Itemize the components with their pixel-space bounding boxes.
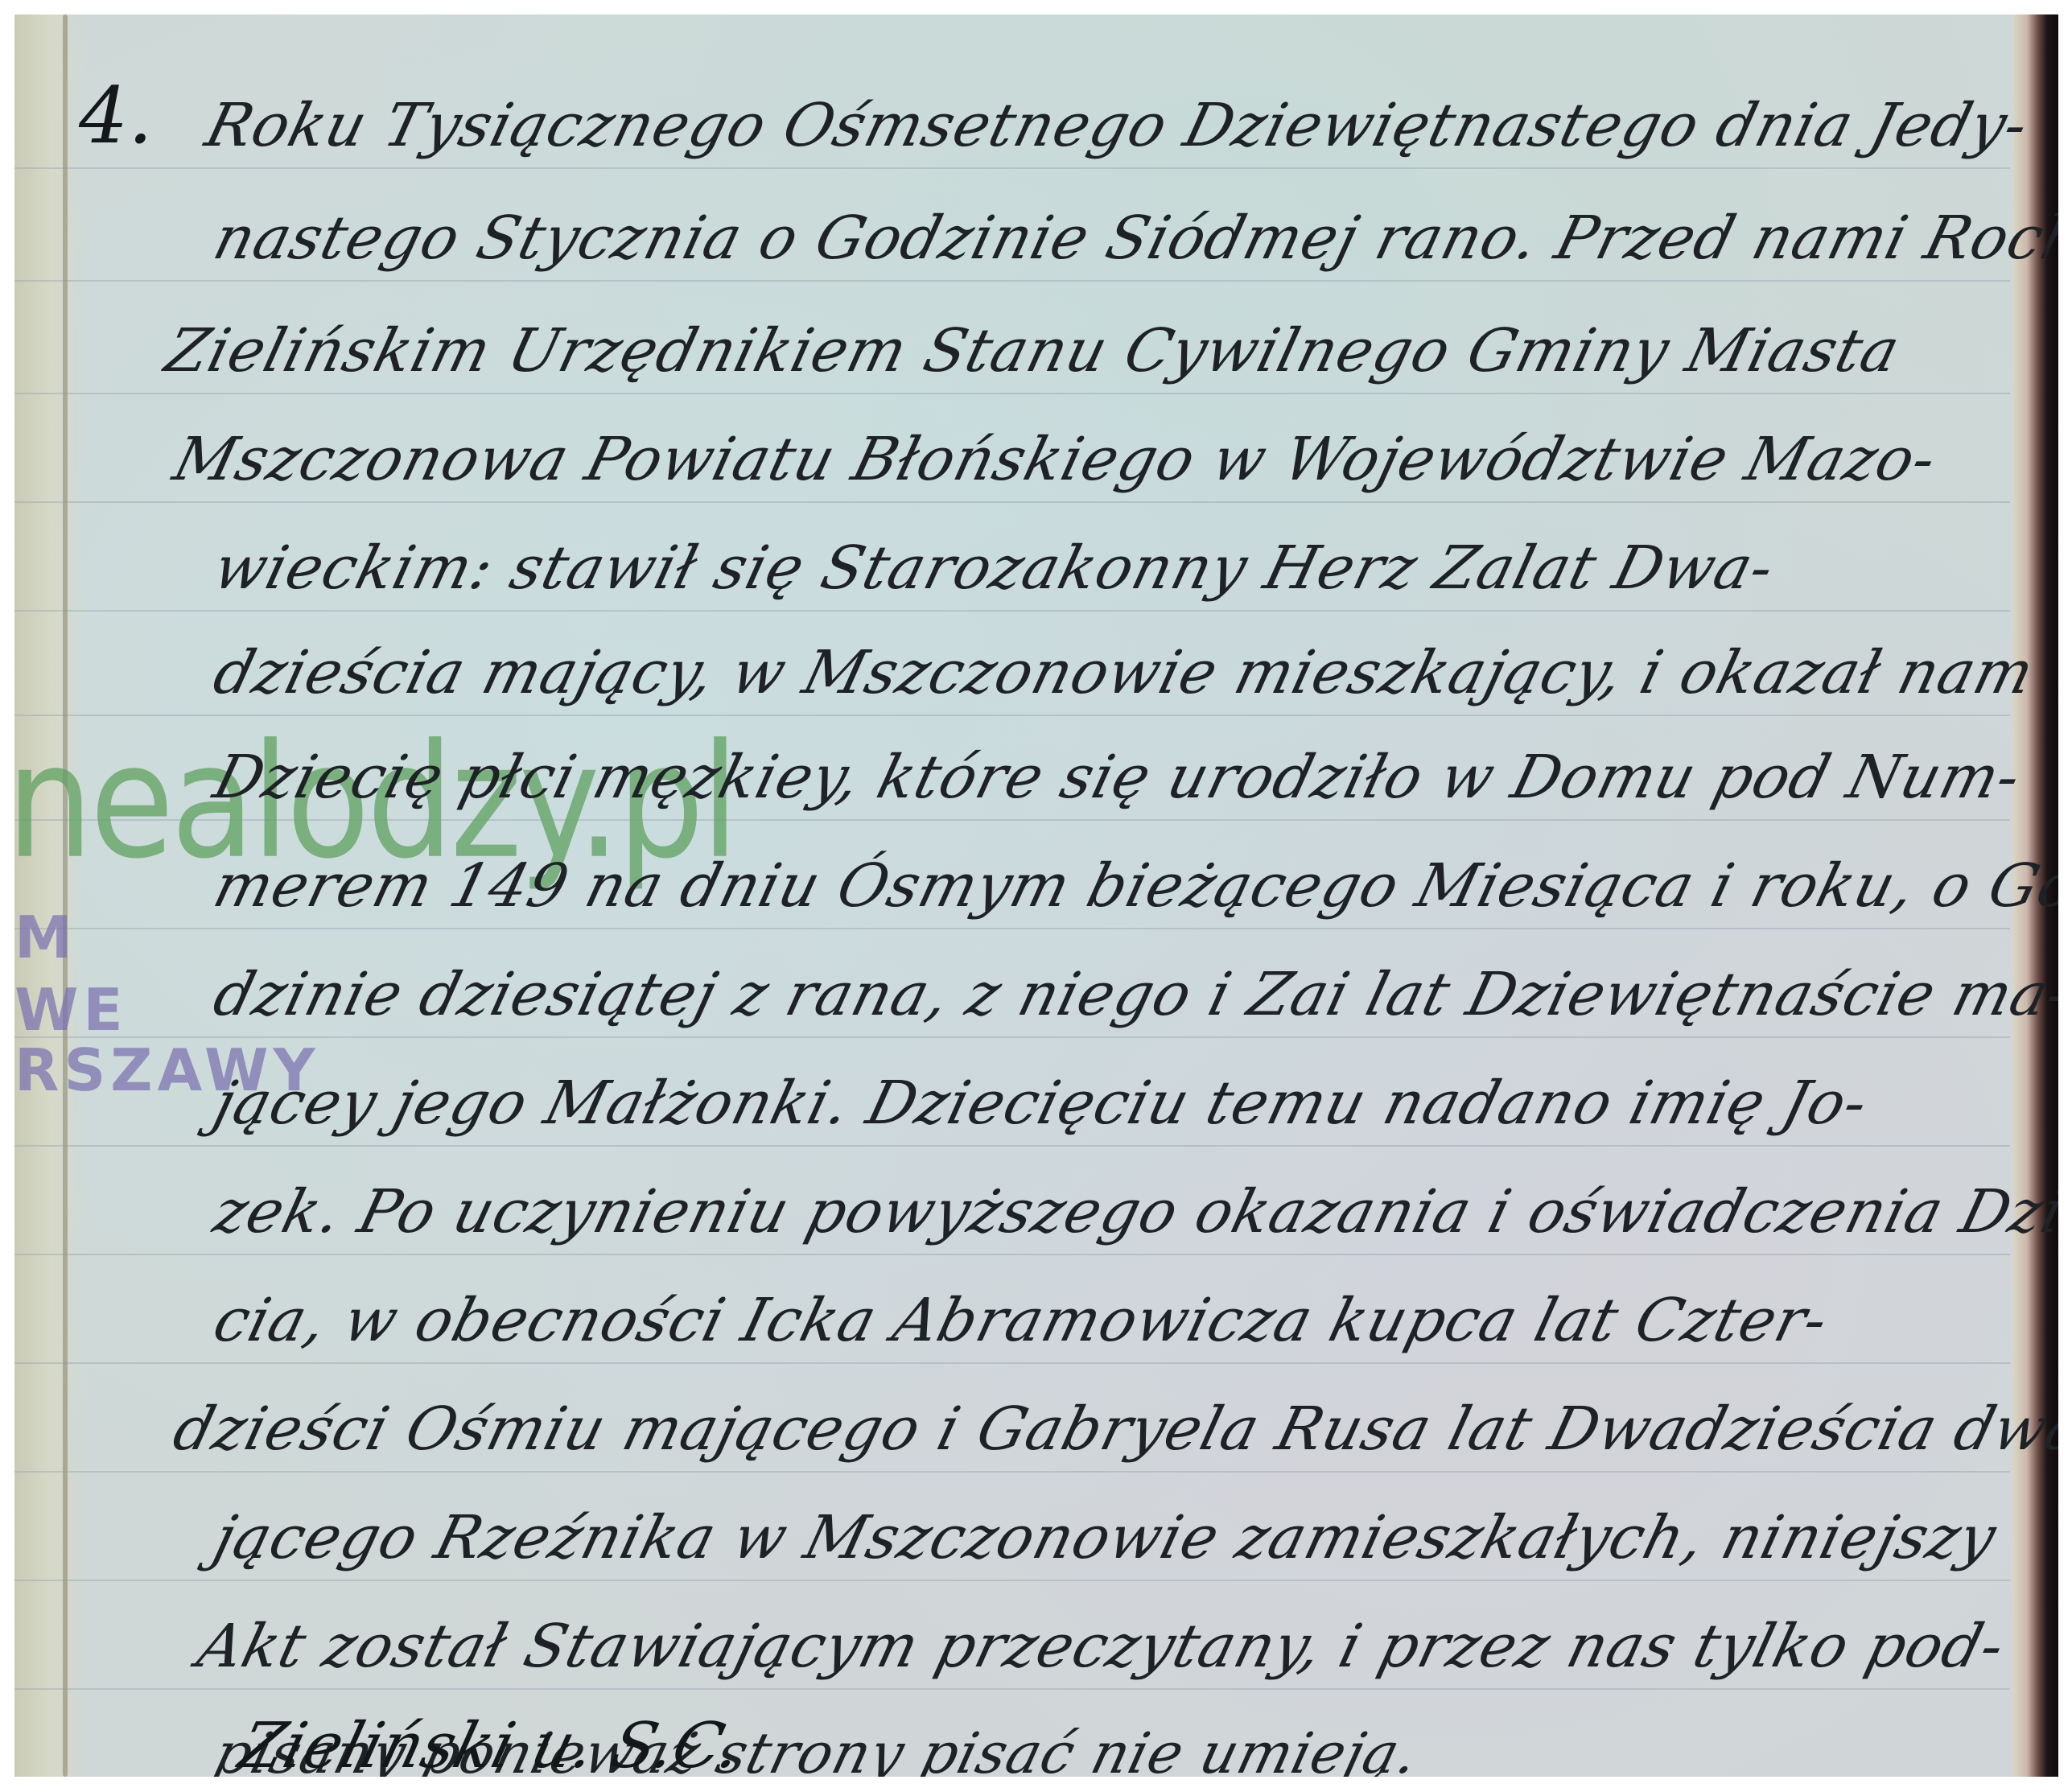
ruled-line — [14, 928, 2010, 929]
ruled-line — [14, 1145, 2010, 1147]
ruled-line — [14, 1362, 2010, 1364]
text-line-1: Roku Tysiącznego Ośmsetnego Dziewiętnast… — [199, 91, 2035, 160]
ruled-line — [14, 393, 2010, 394]
text-line-13: dzieści Ośmiu mającego i Gabryela Rusa l… — [167, 1394, 2058, 1464]
ruled-line — [14, 1688, 2010, 1690]
ruled-line — [14, 1471, 2010, 1473]
ruled-line — [14, 501, 2010, 503]
text-line-8: merem 149 na dniu Ósmym bieżącego Miesią… — [207, 851, 2058, 921]
text-line-7: Dziecię płci męzkiey, które się urodziło… — [207, 743, 2028, 812]
text-line-15: Akt został Stawiającym przeczytany, i pr… — [191, 1612, 2012, 1681]
ruled-line — [14, 280, 2010, 282]
document-page: nealodzy.pl M WE RSZAWY 4. Roku Tysiączn… — [14, 14, 2058, 1777]
ruled-line — [14, 167, 2010, 169]
entry-number: 4. — [79, 71, 153, 161]
watermark-archive-line-2: WE — [14, 976, 128, 1044]
page-tear-line — [63, 14, 68, 1777]
ruled-line — [14, 610, 2010, 612]
watermark-archive-line-1: M — [14, 904, 77, 971]
ruled-line — [14, 1580, 2010, 1581]
ruled-line — [14, 1254, 2010, 1255]
text-line-4: Mszczonowa Powiatu Błońskiego w Wojewódz… — [167, 425, 1943, 494]
official-signature: Zieliński u. S.C. — [233, 1710, 749, 1782]
text-line-12: cia, w obecności Icka Abramowicza kupca … — [207, 1286, 1835, 1355]
page-left-edge — [14, 14, 87, 1777]
text-line-11: zek. Po uczynieniu powyższego okazania i… — [207, 1177, 2058, 1246]
text-line-6: dzieścia mający, w Mszczonowie mieszkają… — [207, 638, 2041, 707]
text-line-14: jącego Rzeźnika w Mszczonowie zamieszkał… — [207, 1503, 2003, 1572]
text-line-9: dzinie dziesiątej z rana, z niego i Zai … — [207, 960, 2058, 1029]
text-line-10: jącey jego Małżonki. Dziecięciu temu nad… — [207, 1069, 1875, 1138]
text-line-5: wieckim: stawił się Starozakonny Herz Za… — [207, 533, 1781, 603]
text-line-3: Zielińskim Urzędnikiem Stanu Cywilnego G… — [159, 316, 1906, 385]
text-line-2: nastego Stycznia o Godzinie Siódmej rano… — [207, 204, 2058, 273]
